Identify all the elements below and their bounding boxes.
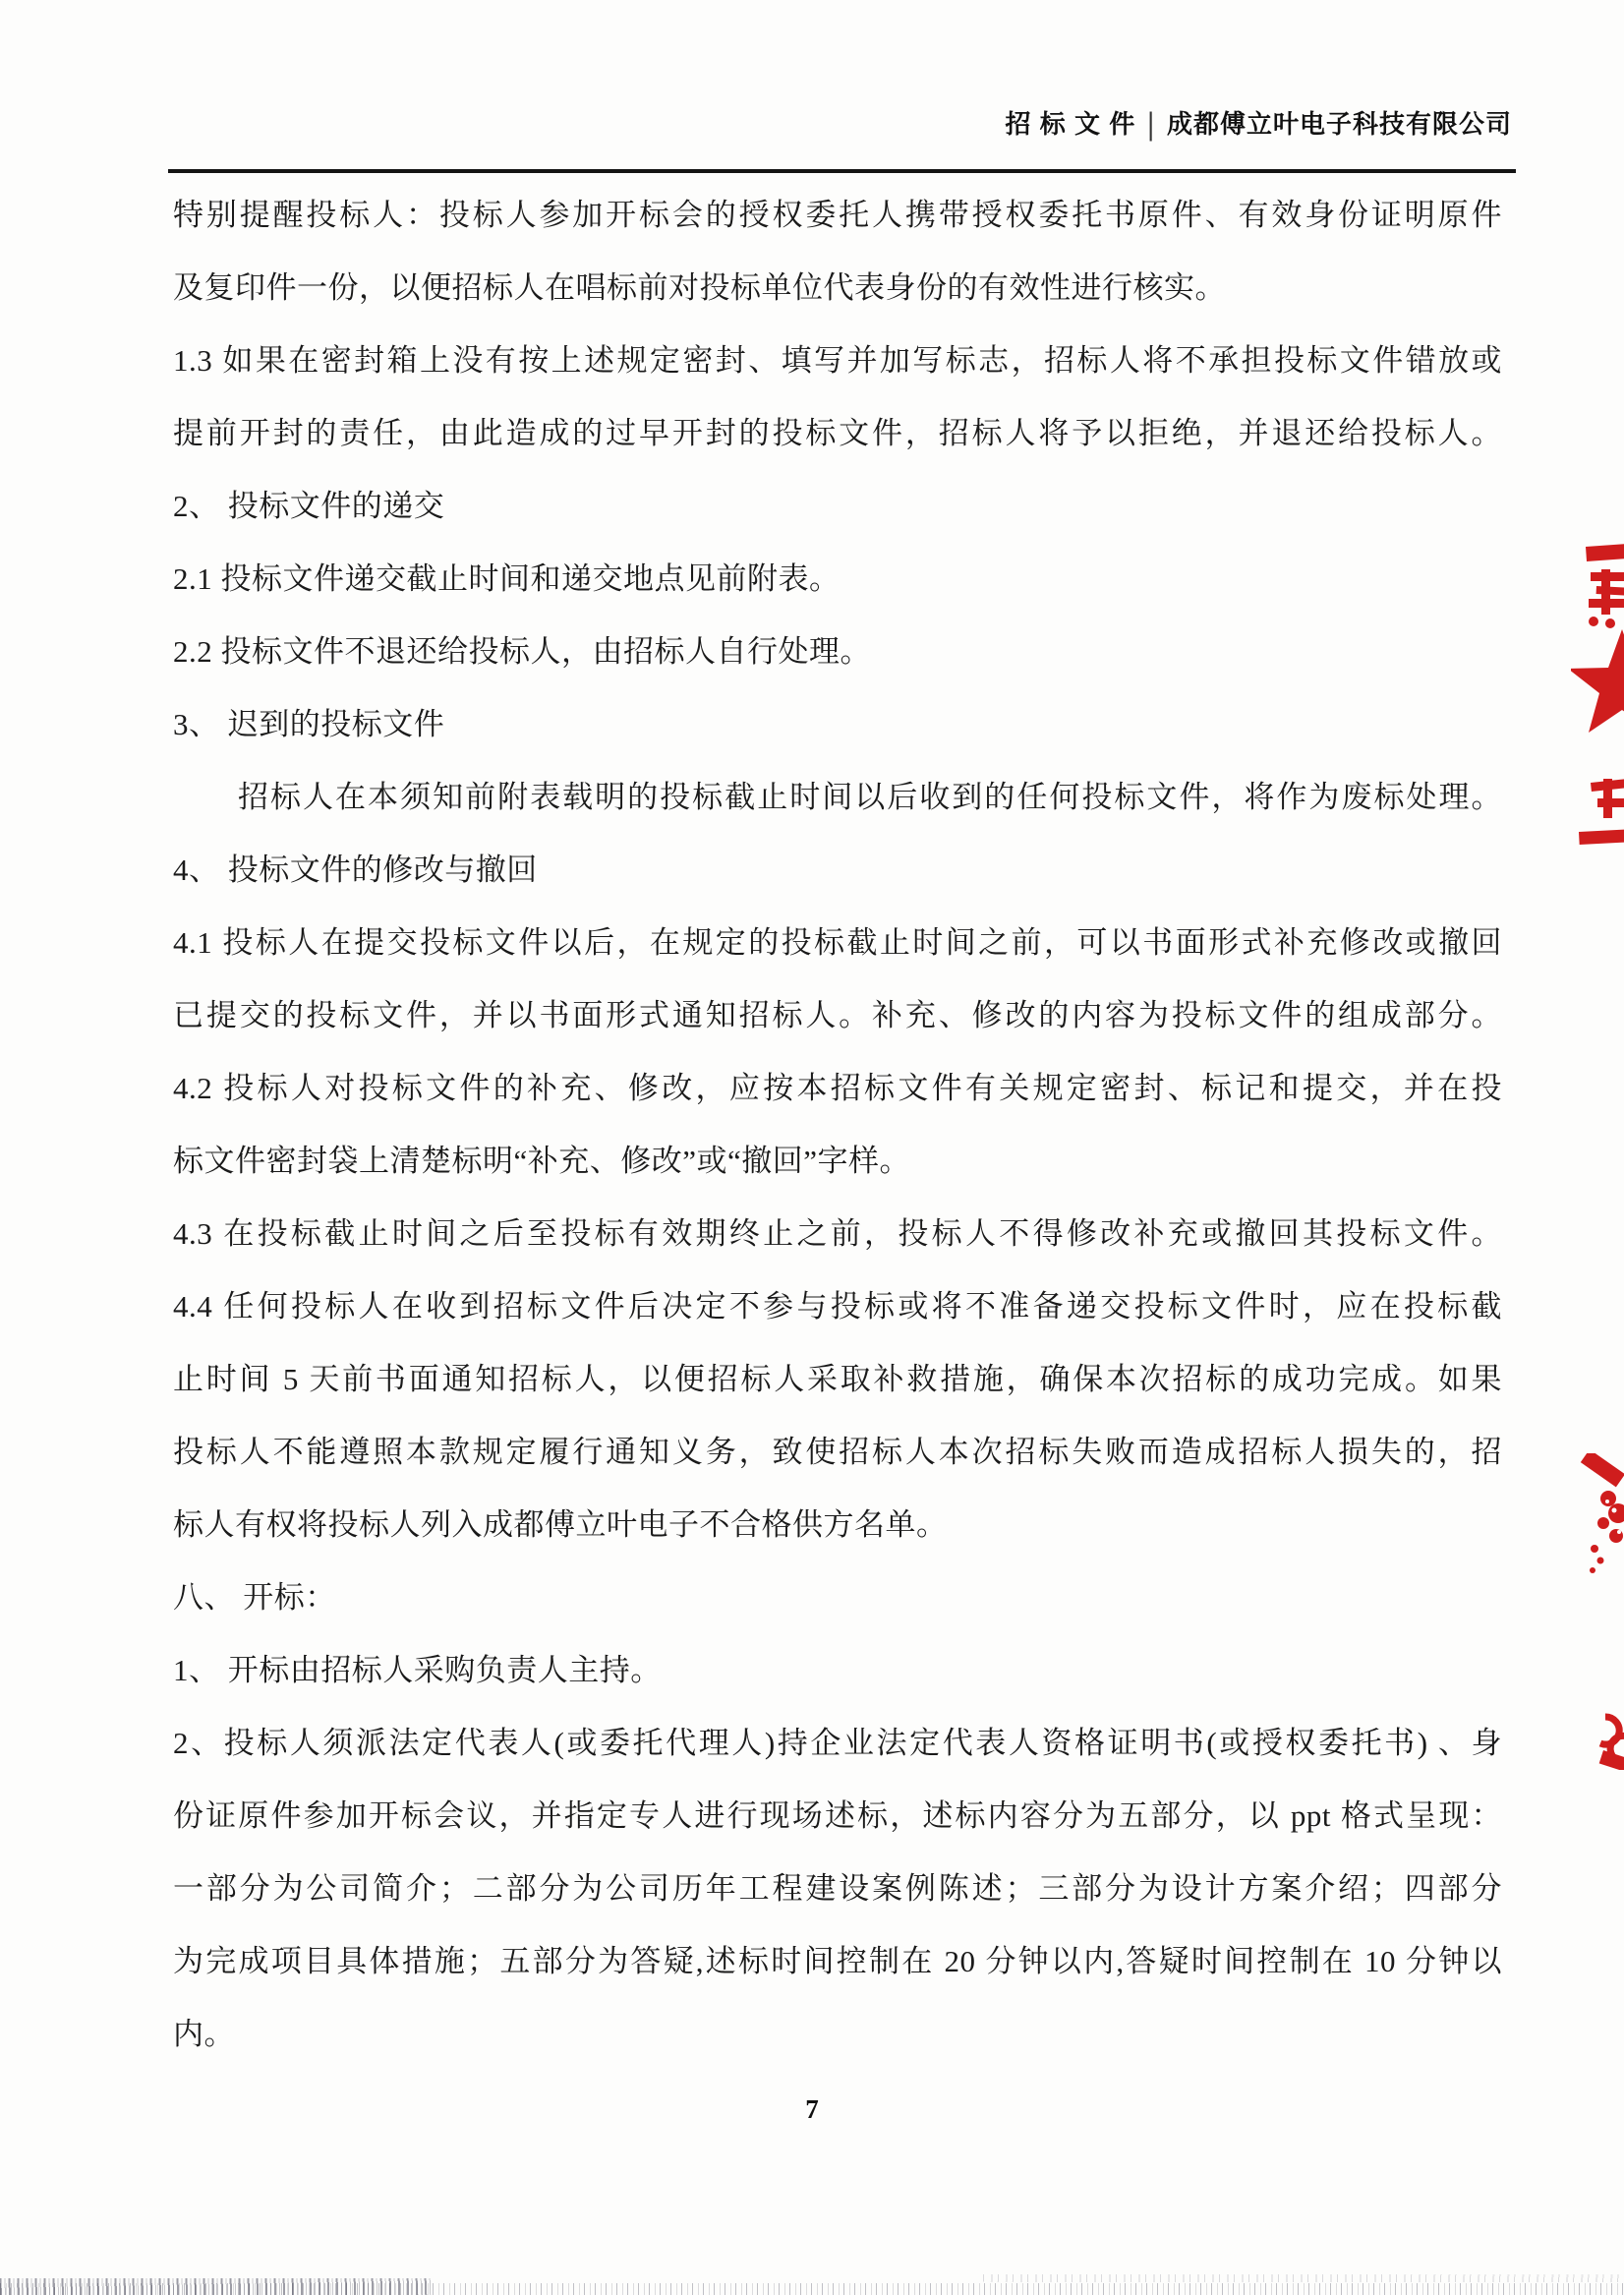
- document-page: 招 标 文 件|成都傅立叶电子科技有限公司 特别提醒投标人：投标人参加开标会的授…: [0, 0, 1624, 2295]
- body-line: 1.3 如果在密封箱上没有按上述规定密封、填写并加写标志，招标人将不承担投标文件…: [173, 324, 1502, 397]
- body-line: 2、投标人须派法定代表人(或委托代理人)持企业法定代表人资格证明书(或授权委托书…: [173, 1707, 1502, 1780]
- page-number: 7: [805, 2094, 819, 2125]
- body-line: 已提交的投标文件，并以书面形式通知招标人。补充、修改的内容为投标文件的组成部分。: [173, 979, 1502, 1052]
- body-line: 4.3 在投标截止时间之后至投标有效期终止之前，投标人不得修改补充或撤回其投标文…: [173, 1198, 1502, 1270]
- body-line: 4.4 任何投标人在收到招标文件后决定不参与投标或将不准备递交投标文件时，应在投…: [173, 1270, 1502, 1343]
- body-line: 3、 迟到的投标文件: [173, 688, 1502, 761]
- body-line: 4.1 投标人在提交投标文件以后，在规定的投标截止时间之前，可以书面形式补充修改…: [173, 907, 1502, 979]
- body-line: 内。: [173, 1998, 1502, 2071]
- body-line: 八、 开标：: [173, 1561, 1502, 1634]
- body-line: 份证原件参加开标会议，并指定专人进行现场述标，述标内容分为五部分，以 ppt 格…: [173, 1780, 1502, 1853]
- body-line: 及复印件一份，以便招标人在唱标前对投标单位代表身份的有效性进行核实。: [173, 252, 1502, 324]
- body-line: 招标人在本须知前附表载明的投标截止时间以后收到的任何投标文件，将作为废标处理。: [173, 761, 1502, 834]
- header-doc-type: 招 标 文 件: [1006, 109, 1136, 139]
- header-company: 成都傅立叶电子科技有限公司: [1167, 109, 1512, 139]
- body-line: 特别提醒投标人：投标人参加开标会的授权委托人携带授权委托书原件、有效身份证明原件: [173, 179, 1502, 252]
- header-rule: [168, 169, 1516, 173]
- body-line: 为完成项目具体措施；五部分为答疑,述标时间控制在 20 分钟以内,答疑时间控制在…: [173, 1925, 1502, 1998]
- body-line: 投标人不能遵照本款规定履行通知义务，致使招标人本次招标失败而造成招标人损失的，招: [173, 1416, 1502, 1489]
- body-line: 2、 投标文件的递交: [173, 470, 1502, 543]
- scan-noise-band-left: [0, 2278, 433, 2295]
- body-line: 2.1 投标文件递交截止时间和递交地点见前附表。: [173, 543, 1502, 616]
- body-line: 4.2 投标人对投标文件的补充、修改，应按本招标文件有关规定密封、标记和提交，并…: [173, 1052, 1502, 1125]
- scan-noise-band-right: [983, 2274, 1624, 2282]
- body-line: 1、 开标由招标人采购负责人主持。: [173, 1634, 1502, 1707]
- body-line: 2.2 投标文件不退还给投标人，由招标人自行处理。: [173, 616, 1502, 688]
- body-line: 标人有权将投标人列入成都傅立叶电子不合格供方名单。: [173, 1489, 1502, 1561]
- red-seal-fragment-upper-icon: [1571, 539, 1624, 868]
- header-divider: |: [1147, 105, 1155, 144]
- body-line: 提前开封的责任，由此造成的过早开封的投标文件，招标人将予以拒绝，并退还给投标人。: [173, 397, 1502, 470]
- body-text: 特别提醒投标人：投标人参加开标会的授权委托人携带授权委托书原件、有效身份证明原件…: [173, 179, 1502, 2071]
- red-seal-fragment-lower-icon: [1578, 1453, 1624, 1770]
- body-line: 止时间 5 天前书面通知招标人，以便招标人采取补救措施，确保本次招标的成功完成。…: [173, 1343, 1502, 1416]
- body-line: 一部分为公司简介；二部分为公司历年工程建设案例陈述；三部分为设计方案介绍；四部分: [173, 1853, 1502, 1925]
- body-line: 标文件密封袋上清楚标明“补充、修改”或“撤回”字样。: [173, 1125, 1502, 1198]
- page-header: 招 标 文 件|成都傅立叶电子科技有限公司: [1006, 104, 1512, 141]
- body-line: 4、 投标文件的修改与撤回: [173, 834, 1502, 907]
